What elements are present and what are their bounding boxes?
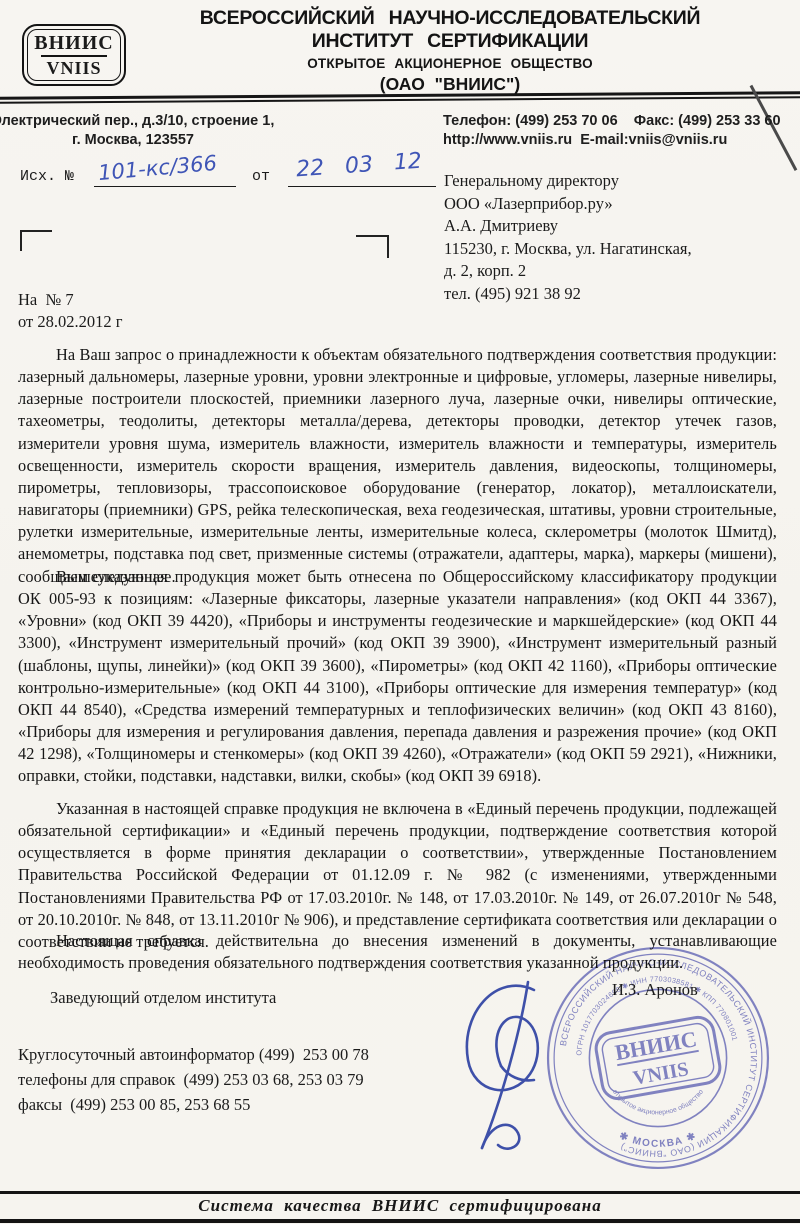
header-double-rule [0,91,800,104]
logo-text-ru: ВНИИС [34,32,113,54]
body-paragraph-2: Вышеуказанная продукция может быть отнес… [18,566,777,788]
footer-contacts: Круглосуточный автоинформатор (499) 253 … [18,1042,369,1117]
logo-text-en: VNIIS [46,58,101,78]
org-address-line2: г. Москва, 123557 [0,131,278,150]
org-type-line: ОТКРЫТОЕ АКЦИОНЕРНОЕ ОБЩЕСТВО [150,55,750,72]
stamp-graphic: ВСЕРОССИЙСКИЙ НАУЧНО-ИССЛЕДОВАТЕЛЬСКИЙ И… [540,942,776,1174]
quality-system-banner: Система качества ВНИИС сертифицирована [0,1196,800,1216]
letterhead-title-block: ВСЕРОССИЙСКИЙ НАУЧНО-ИССЛЕДОВАТЕЛЬСКИЙ И… [150,6,750,95]
in-reply-date: от 28.02.2012 г [18,311,123,333]
in-reply-number: На № 7 [18,289,123,311]
footer-phones: телефоны для справок (499) 253 03 68, 25… [18,1067,369,1092]
address-zone-corner-left [20,230,52,251]
recipient-address1: 115230, г. Москва, ул. Нагатинская, [444,238,784,261]
vniis-logo-inner: ВНИИС VNIIS [27,29,121,81]
recipient-position: Генеральному директору [444,170,784,193]
in-reply-block: На № 7 от 28.02.2012 г [18,289,123,332]
recipient-person: А.А. Дмитриеву [444,215,784,238]
org-address-line1: Электрический пер., д.3/10, строение 1, [0,112,278,131]
signer-position-title: Заведующий отделом института [50,988,276,1008]
vniis-logo: ВНИИС VNIIS [22,24,126,86]
stamp-center-en: VNIIS [631,1058,690,1089]
org-address: Электрический пер., д.3/10, строение 1, … [0,112,278,150]
org-phone-fax: Телефон: (499) 253 70 06 Факс: (499) 253… [443,112,793,131]
recipient-company: ООО «Лазерприбор.ру» [444,193,784,216]
outgoing-number-label: Исх. № [20,168,74,185]
org-web-email: http://www.vniis.ru E-mail:vniis@vniis.r… [443,131,793,150]
recipient-address2: д. 2, корп. 2 [444,260,784,283]
footer-autoinformer: Круглосуточный автоинформатор (499) 253 … [18,1042,369,1067]
body-paragraph-1: На Ваш запрос о принадлежности к объекта… [18,344,777,588]
org-name-line2: ИНСТИТУТ СЕРТИФИКАЦИИ [150,30,750,53]
recipient-block: Генеральному директору ООО «Лазерприбор.… [444,170,784,305]
org-contacts: Телефон: (499) 253 70 06 Факс: (499) 253… [443,112,793,150]
recipient-phone: тел. (495) 921 38 92 [444,283,784,306]
address-zone-corner-right [356,235,389,258]
org-name-line1: ВСЕРОССИЙСКИЙ НАУЧНО-ИССЛЕДОВАТЕЛЬСКИЙ [150,6,750,30]
logo-divider [41,55,107,57]
date-from-label: от [252,168,270,185]
bottom-rule-top [0,1191,800,1194]
bottom-rule-bottom [0,1219,800,1223]
scanned-letter-page: ВНИИС VNIIS ВСЕРОССИЙСКИЙ НАУЧНО-ИССЛЕДО… [0,0,800,1224]
footer-faxes: факсы (499) 253 00 85, 253 68 55 [18,1092,369,1117]
official-round-stamp: ВСЕРОССИЙСКИЙ НАУЧНО-ИССЛЕДОВАТЕЛЬСКИЙ И… [540,942,776,1174]
